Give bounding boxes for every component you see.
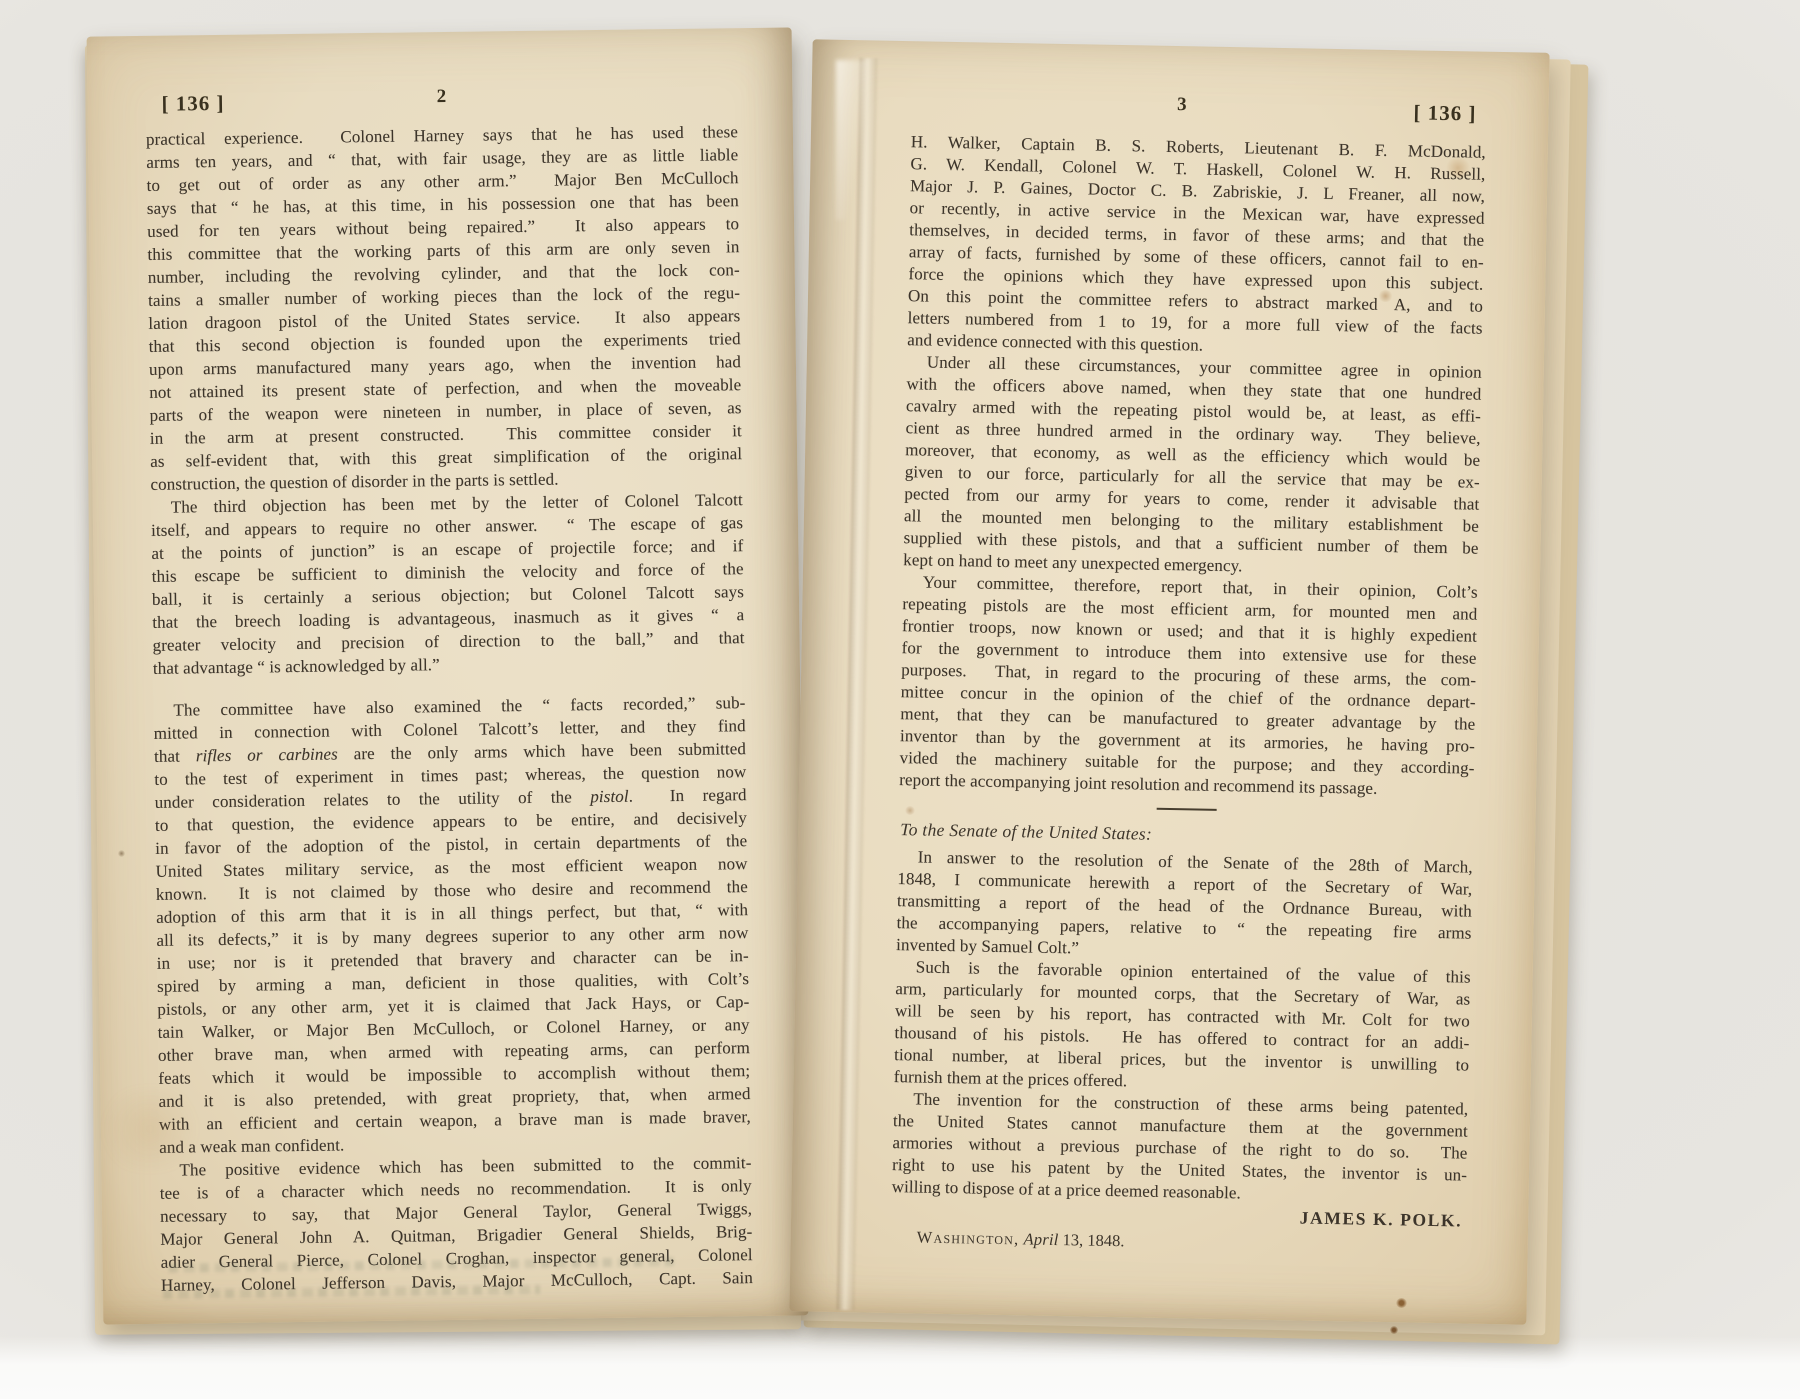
paragraph: The third objection has been met by the … xyxy=(151,488,745,680)
left-page: [ 136 ] 2 practical experience. Colonel … xyxy=(87,27,809,1324)
right-page-content: 3 [ 136 ] H. Walker, Captain B. S. Rober… xyxy=(789,39,1549,1324)
right-page-header: 3 [ 136 ] xyxy=(911,83,1487,130)
document-number: [ 136 ] xyxy=(1413,100,1476,126)
document-number: [ 136 ] xyxy=(161,91,224,117)
paragraph: Your committee, therefore, report that, … xyxy=(899,571,1478,801)
salutation: To the Senate of the United States: xyxy=(900,819,1473,850)
right-page: 3 [ 136 ] H. Walker, Captain B. S. Rober… xyxy=(789,39,1549,1324)
page-number: 3 xyxy=(1177,94,1187,116)
paragraph: The committee have also examined the “ f… xyxy=(153,691,751,1159)
page-number: 2 xyxy=(437,86,447,108)
left-page-content: [ 136 ] 2 practical experience. Colonel … xyxy=(87,27,809,1324)
paragraph: In answer to the resolution of the Senat… xyxy=(896,846,1473,967)
presidential-message-text: In answer to the resolution of the Senat… xyxy=(891,846,1472,1208)
left-page-text: practical experience. Colonel Harney say… xyxy=(146,120,753,1297)
paragraph: The positive evidence which has been sub… xyxy=(159,1151,753,1297)
dateline-rest: 13, 1848. xyxy=(1062,1230,1124,1250)
paragraph: Under all these circumstances, your comm… xyxy=(903,351,1482,581)
dateline: Washington, April 13, 1848. xyxy=(891,1227,1466,1258)
photo-backdrop: [ 136 ] 2 practical experience. Colonel … xyxy=(0,0,1800,1399)
dateline-month: April xyxy=(1023,1229,1058,1249)
section-divider-rule xyxy=(1156,808,1216,811)
paragraph: practical experience. Colonel Harney say… xyxy=(146,120,743,496)
paragraph: H. Walker, Captain B. S. Roberts, Lieute… xyxy=(907,131,1486,361)
committee-report-text: H. Walker, Captain B. S. Roberts, Lieute… xyxy=(899,131,1486,801)
dateline-place: Washington, xyxy=(917,1227,1020,1248)
left-page-header: [ 136 ] 2 xyxy=(145,82,737,126)
paragraph: Such is the favorable opinion entertaine… xyxy=(894,956,1471,1099)
paragraph: The invention for the construction of th… xyxy=(891,1088,1468,1209)
